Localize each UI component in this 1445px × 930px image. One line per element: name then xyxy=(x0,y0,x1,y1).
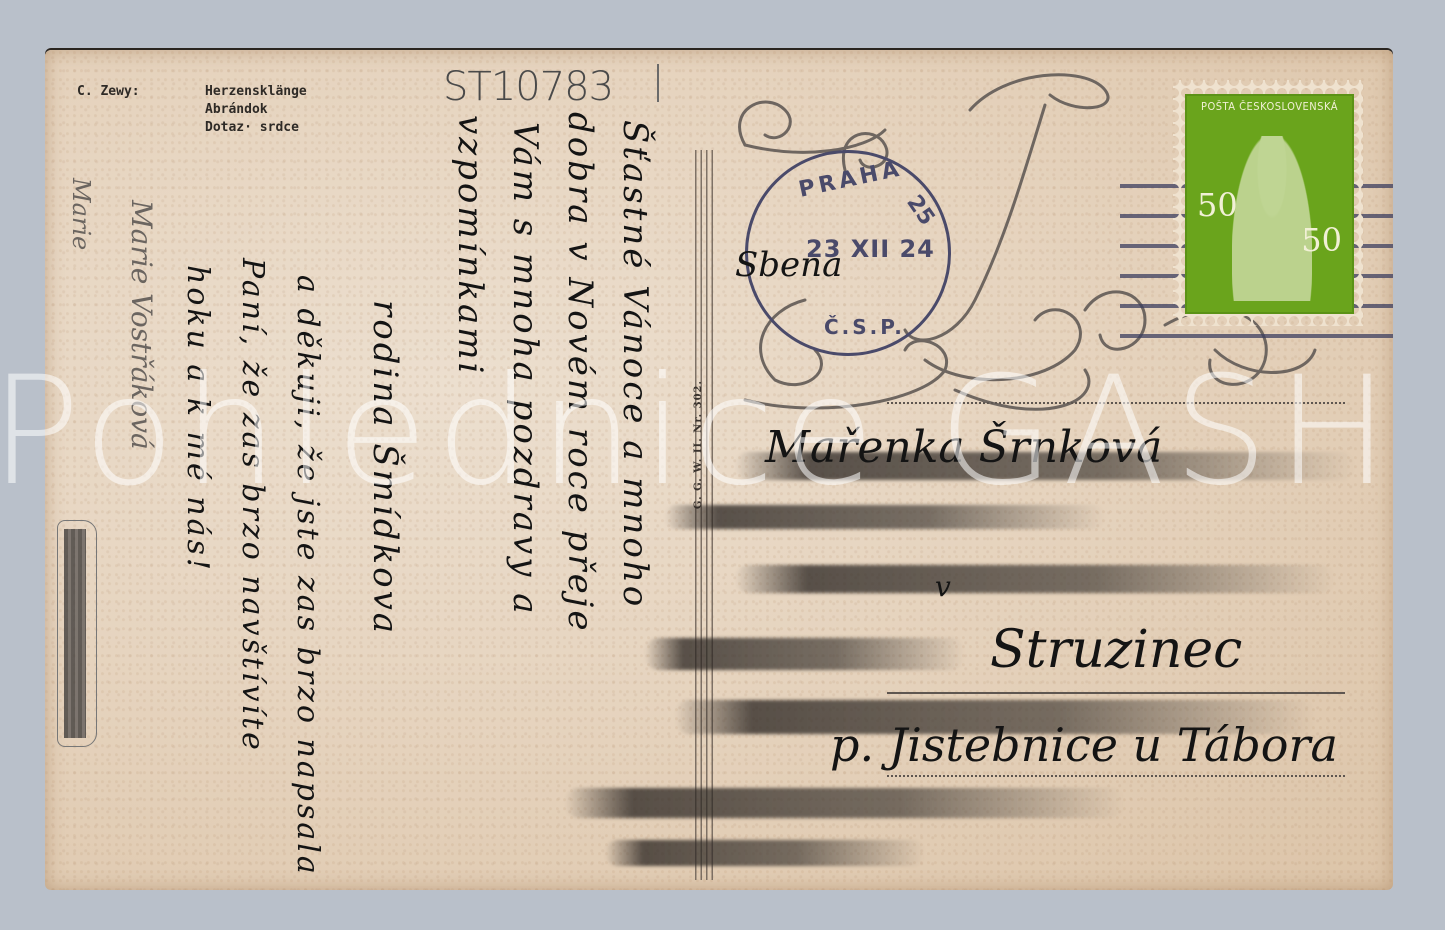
postmark-district: 25 xyxy=(902,191,940,230)
village-prefix: v xyxy=(935,570,951,603)
pencil-smudge xyxy=(735,565,1335,593)
postmark-country: Č.S.P. xyxy=(824,315,905,339)
stamp-title: POŠTA ČESKOSLOVENSKÁ xyxy=(1193,100,1346,113)
village-name: Struzinec xyxy=(990,620,1242,680)
stamp-value-right: 50 xyxy=(1301,221,1342,259)
sender-mark: Sbena xyxy=(735,245,842,285)
watermark: Pohlednice GASH xyxy=(0,345,1435,519)
pencil-smudge xyxy=(605,840,925,866)
pencil-smudge xyxy=(565,788,1125,818)
address-line-4 xyxy=(887,775,1345,777)
postmark-city: PRAHA xyxy=(797,156,905,202)
pencil-smudge xyxy=(645,638,965,670)
stamp-figure-icon xyxy=(1232,136,1312,301)
postage-stamp: POŠTA ČESKOSLOVENSKÁ 50 50 xyxy=(1185,94,1354,314)
post-office: p. Jistebnice u Tábora xyxy=(830,718,1338,772)
stamp-value-left: 50 xyxy=(1197,186,1238,224)
address-line-3 xyxy=(887,692,1345,694)
